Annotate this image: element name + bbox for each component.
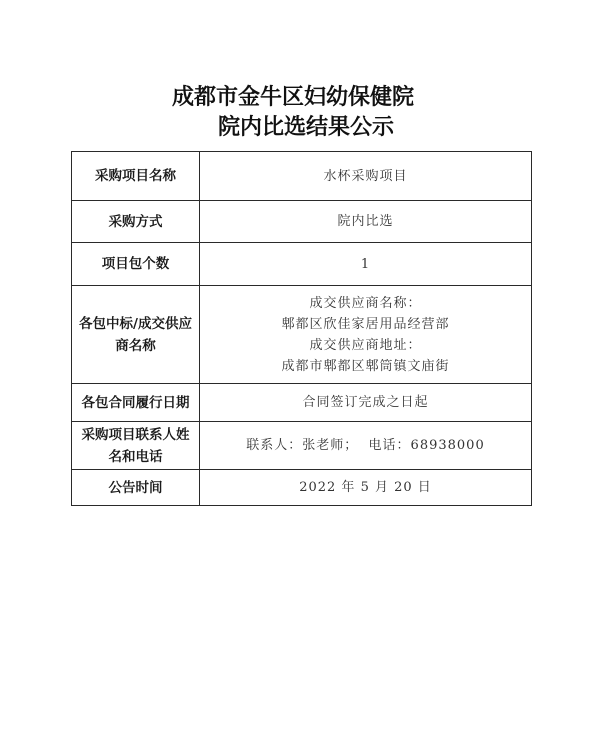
value-procurement-method: 院内比选	[200, 201, 532, 243]
value-text: 合同签订完成之日起	[200, 392, 531, 413]
result-table: 采购项目名称 水杯采购项目 采购方式 院内比选 项目包个数 1 各包中标/成交供…	[71, 151, 532, 506]
label-text: 采购方式	[72, 211, 199, 233]
value-contact: 联系人：张老师； 电话：68938000	[200, 422, 532, 470]
supplier-name: 郫都区欣佳家居用品经营部	[200, 314, 531, 335]
document-title-line2: 院内比选结果公示	[218, 110, 611, 141]
document-title-line1: 成都市金牛区妇幼保健院	[172, 80, 611, 111]
value-text: 院内比选	[200, 211, 531, 232]
label-project-name: 采购项目名称	[72, 152, 200, 201]
label-text: 采购项目联系人姓	[72, 424, 199, 446]
table-row-contact: 采购项目联系人姓 名和电话 联系人：张老师； 电话：68938000	[72, 422, 532, 470]
supplier-address: 成都市郫都区郫筒镇文庙街	[200, 356, 531, 377]
value-text: 2022 年 5 月 20 日	[200, 477, 531, 498]
table-row-project-name: 采购项目名称 水杯采购项目	[72, 152, 532, 201]
label-contract-date: 各包合同履行日期	[72, 384, 200, 422]
value-winning-supplier: 成交供应商名称： 郫都区欣佳家居用品经营部 成交供应商地址： 成都市郫都区郫筒镇…	[200, 286, 532, 384]
label-text: 采购项目名称	[72, 165, 199, 187]
table-row-contract-date: 各包合同履行日期 合同签订完成之日起	[72, 384, 532, 422]
label-package-count: 项目包个数	[72, 243, 200, 286]
label-text: 各包合同履行日期	[72, 392, 199, 414]
label-contact: 采购项目联系人姓 名和电话	[72, 422, 200, 470]
value-announcement-date: 2022 年 5 月 20 日	[200, 470, 532, 506]
table-row-procurement-method: 采购方式 院内比选	[72, 201, 532, 243]
value-text: 1	[200, 254, 531, 275]
value-project-name: 水杯采购项目	[200, 152, 532, 201]
supplier-address-label: 成交供应商地址：	[200, 335, 531, 356]
label-text: 各包中标/成交供应	[72, 313, 199, 335]
label-text: 商名称	[72, 335, 199, 357]
table-row-winning-supplier: 各包中标/成交供应 商名称 成交供应商名称： 郫都区欣佳家居用品经营部 成交供应…	[72, 286, 532, 384]
label-winning-supplier: 各包中标/成交供应 商名称	[72, 286, 200, 384]
supplier-name-label: 成交供应商名称：	[200, 293, 531, 314]
value-text: 联系人：张老师； 电话：68938000	[200, 435, 531, 456]
label-announcement-date: 公告时间	[72, 470, 200, 506]
table-row-announcement-date: 公告时间 2022 年 5 月 20 日	[72, 470, 532, 506]
value-contract-date: 合同签订完成之日起	[200, 384, 532, 422]
value-package-count: 1	[200, 243, 532, 286]
label-procurement-method: 采购方式	[72, 201, 200, 243]
value-text: 水杯采购项目	[200, 166, 531, 187]
label-text: 项目包个数	[72, 253, 199, 275]
label-text: 名和电话	[72, 446, 199, 468]
label-text: 公告时间	[72, 477, 199, 499]
table-row-package-count: 项目包个数 1	[72, 243, 532, 286]
